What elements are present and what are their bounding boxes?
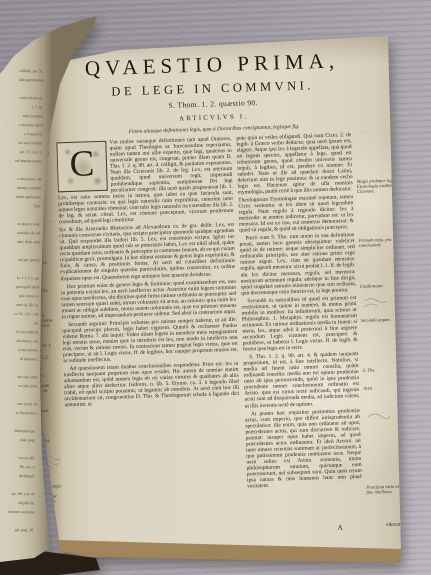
catchword: edoceri. [386,522,403,531]
margin-note: S. Tho. [363,366,408,372]
margin-note: Magis probatur legis Etymologia tradita … [357,177,402,193]
paragraph: pote quia ni velles obligandi. Quà sunt … [236,132,353,196]
margin-note: Præcipua ratio est à fine intellectu. [366,483,411,494]
book-page: FR. DOMI. SOTO, DE IVSTITIA ET IVRE. QVA… [0,0,431,575]
margin-note: Cicero. [355,130,400,132]
right-margin-notes: Cicero. Magis probatur legis Etymologia … [355,130,413,529]
margin-note: Arist. [363,384,408,390]
ink-annotation [362,296,388,311]
paragraph: At præter hæc requiritur postremus prude… [245,408,362,490]
paragraph: Porrò cum S. Tho. tum unum in sua defini… [239,232,356,296]
text-column-right: pote quia ni velles obligandi. Quà sunt … [236,132,363,533]
facing-page-text-fragments: ceſſaria, pa. 51. ullo pœnitentiæ cum ra… [0,66,44,535]
margin-note: Confirmatur. [360,282,405,288]
paragraph: S. Tho. 1. 2. q. 90. art. 4. & quidem ta… [243,351,360,409]
paragraph: Ad quæstionem istam duabus conclusionibu… [63,361,239,409]
text-column-left: C Vm multæ variæque definitiones tam apu… [56,135,243,538]
paragraph: Sic & illa Aristotelis Rhetoricæ ad Alex… [59,222,236,282]
book: FR. DOMI. SOTO, DE IVSTITIA ET IVRE. QVA… [0,0,431,575]
ink-annotation [366,410,392,425]
paragraph: Theologorum Etymologiæ maximè reputant, … [238,194,354,234]
margin-note: Primum argu. pro conclusione. [358,236,403,247]
page-content: FR. DOMI. SOTO, DE IVSTITIA ET IVRE. QVA… [24,33,414,556]
text-block: Finis & definitiones legis. D. Tho. Cice… [27,130,413,540]
question-title: QVAESTIO PRIMA, [25,49,399,82]
paragraph: Secundò in naturalibus id quod est primu… [241,295,358,353]
initial-letter: C [69,145,95,183]
margin-note: Secundū argum. [361,316,406,322]
photo-scene: FR. DOMI. SOTO, DE IVSTITIA ET IVRE. QVA… [0,0,431,575]
woodcut-initial: C [56,140,108,192]
paragraph: Secundò arguitur: Principis voluntas pro… [62,317,238,365]
paragraph: Hoc primum enim de genere legis & finiti… [61,278,237,320]
gathering-signature: A [337,524,342,532]
